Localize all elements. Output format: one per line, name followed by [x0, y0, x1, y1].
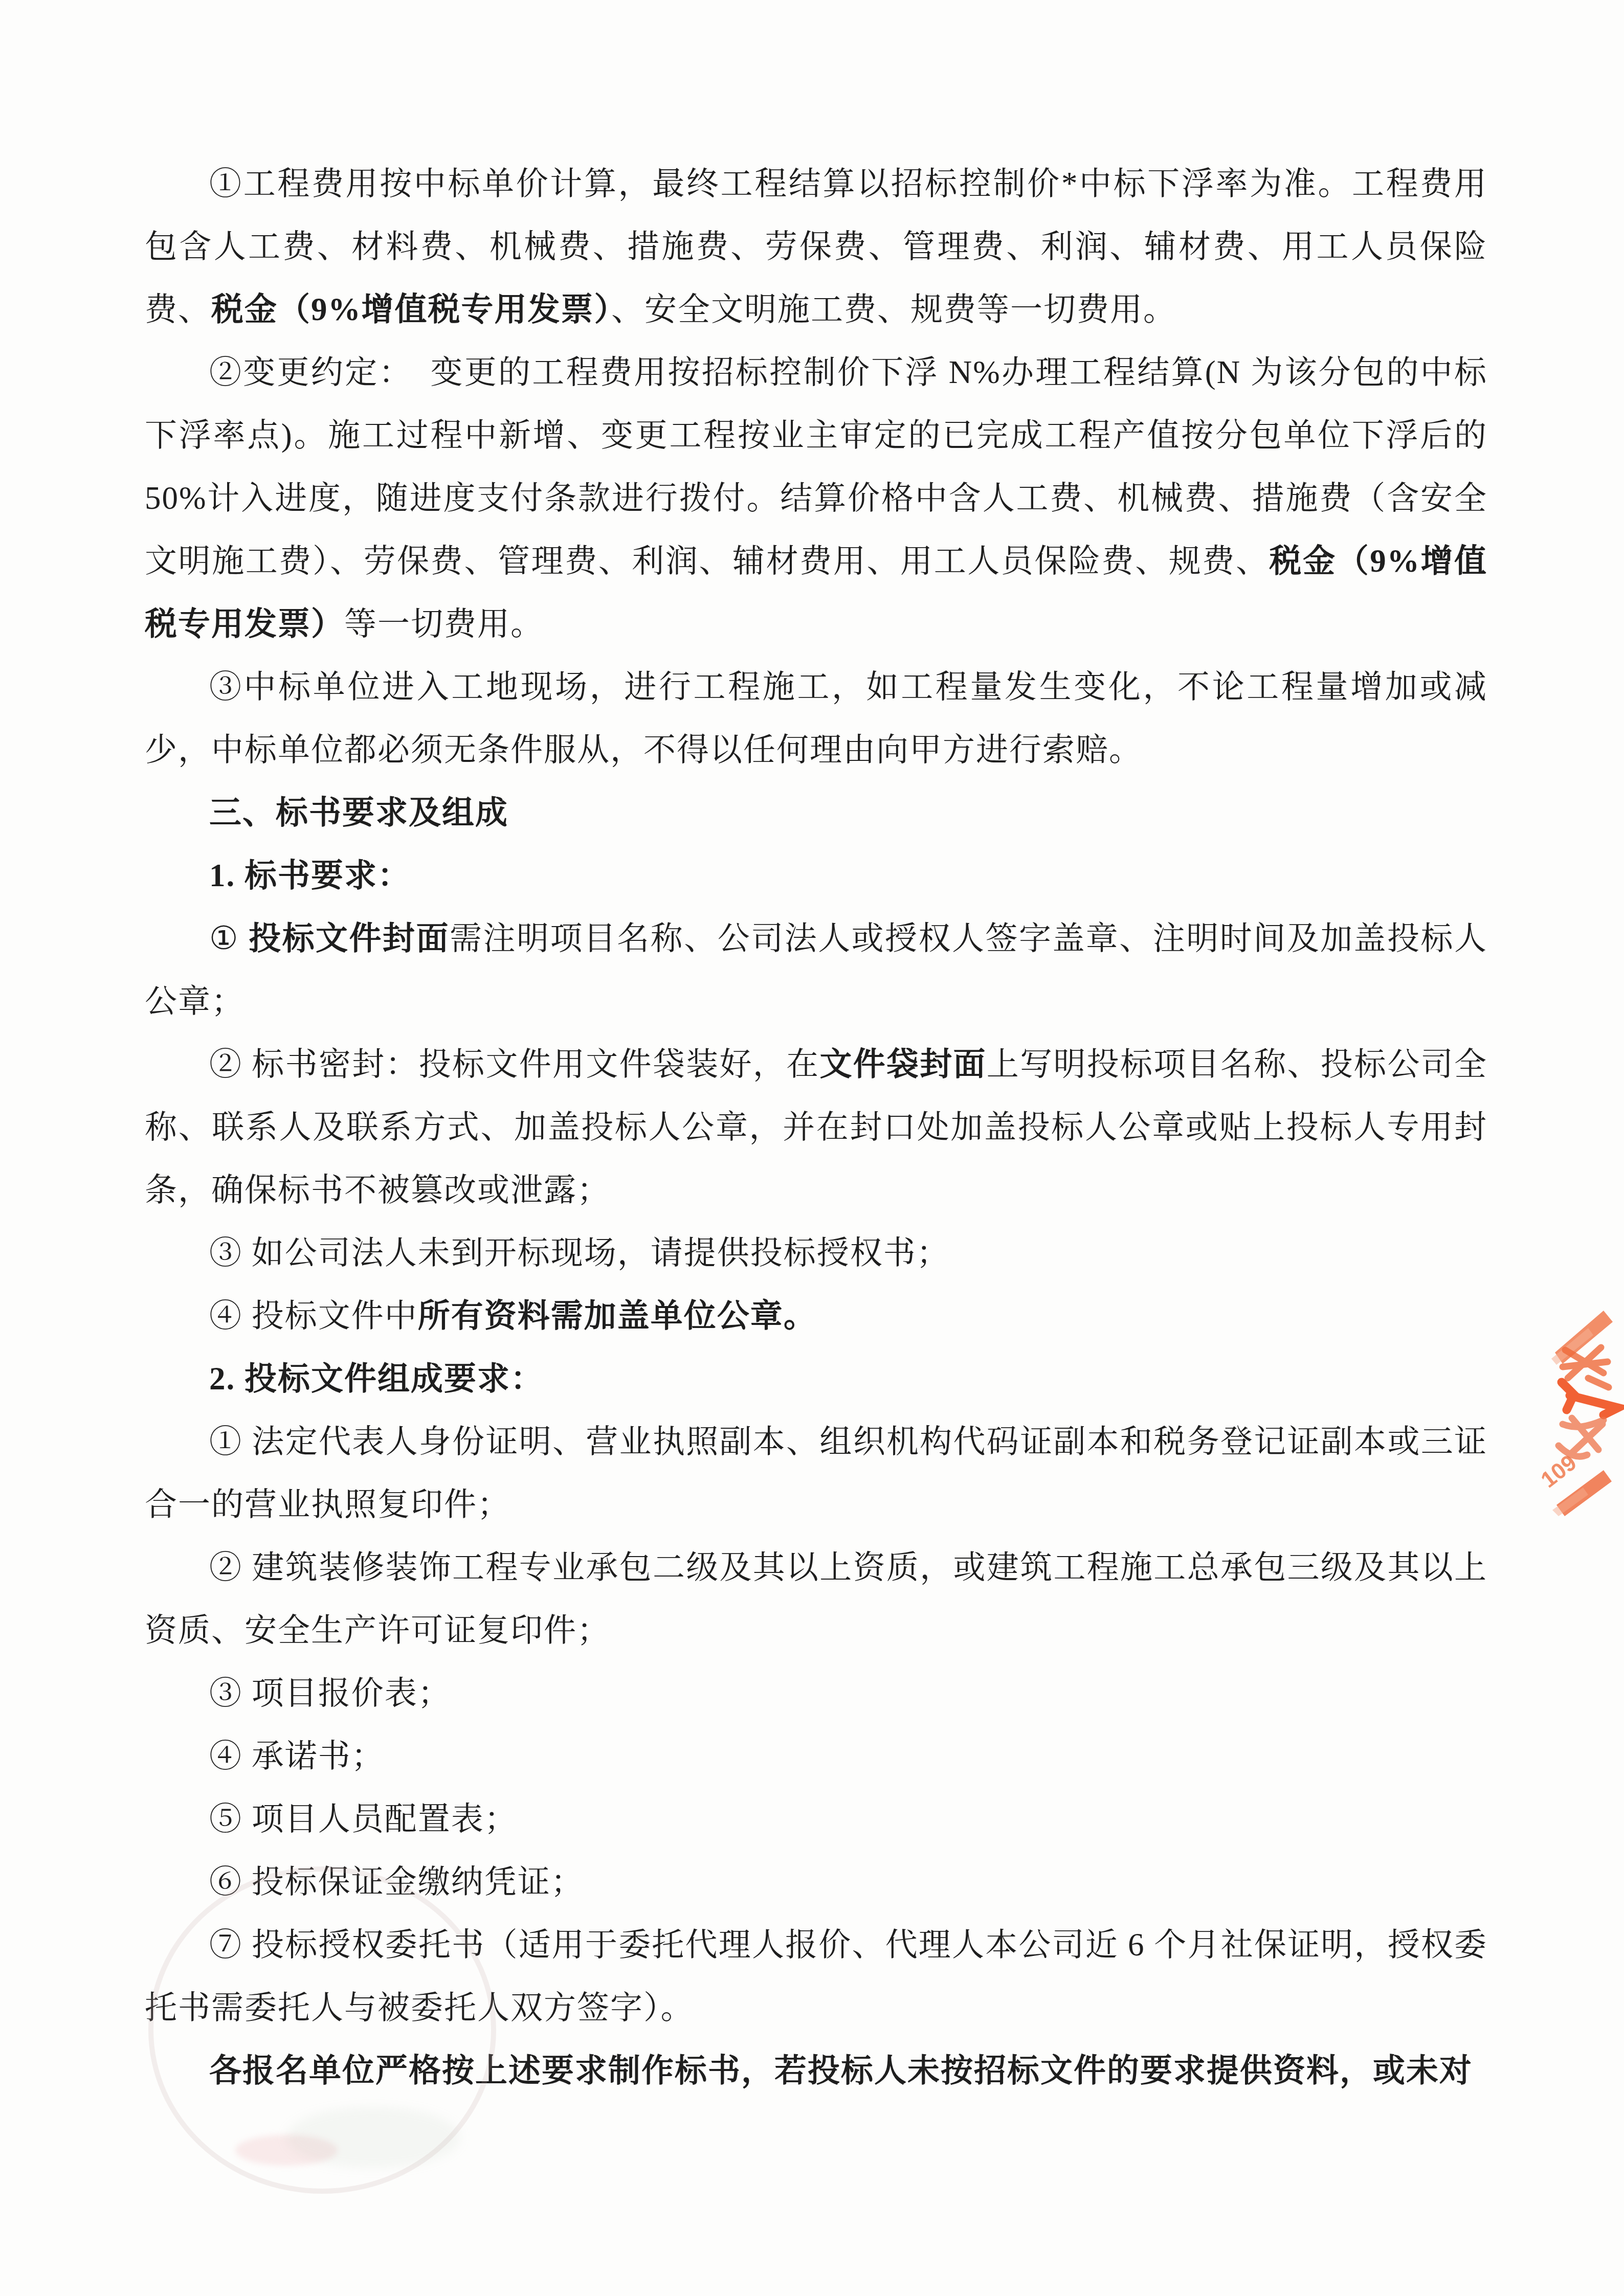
document-body: ①工程费用按中标单价计算，最终工程结算以招标控制价*中标下浮率为准。工程费用包含… — [145, 152, 1487, 2102]
heading-bid-composition: 2. 投标文件组成要求： — [145, 1347, 1487, 1410]
seal-glyph-b — [1562, 1382, 1618, 1415]
text-segment: 、安全文明施工费、规费等一切费用。 — [611, 291, 1176, 327]
para-change-2: ②变更约定： 变更的工程费用按招标控制价下浮 N%办理工程结算(N 为该分包的中… — [145, 341, 1487, 656]
text-segment: ③中标单位进入工地现场，进行工程施工，如工程量发生变化，不论工程量增加或减少，中… — [145, 669, 1487, 768]
bold-text-segment: 各报名单位严格按上述要求制作标书，若投标人未按招标文件的要求提供资料，或未对 — [209, 2053, 1473, 2088]
para-cost-1: ①工程费用按中标单价计算，最终工程结算以招标控制价*中标下浮率为准。工程费用包含… — [145, 152, 1487, 341]
text-segment: ③ 项目报价表； — [209, 1675, 451, 1711]
text-segment: ③ 如公司法人未到开标现场，请提供投标授权书； — [209, 1235, 950, 1271]
item-req-4: ④ 投标文件中所有资料需加盖单位公章。 — [145, 1285, 1487, 1347]
bold-text-segment: 税金（9%增值税专用发票） — [211, 291, 611, 327]
item-comp-6: ⑥ 投标保证金缴纳凭证； — [145, 1851, 1487, 1914]
text-segment: ⑦ 投标授权委托书（适用于委托代理人报价、代理人本公司近 6 个月社保证明，授权… — [145, 1927, 1487, 2025]
heading-section-3: 三、标书要求及组成 — [145, 781, 1487, 844]
item-comp-7: ⑦ 投标授权委托书（适用于委托代理人报价、代理人本公司近 6 个月社保证明，授权… — [145, 1914, 1487, 2039]
para-closing: 各报名单位严格按上述要求制作标书，若投标人未按招标文件的要求提供资料，或未对 — [145, 2039, 1487, 2102]
bold-text-segment: 三、标书要求及组成 — [209, 795, 508, 830]
bold-text-segment: 2. 投标文件组成要求： — [209, 1361, 544, 1397]
text-segment: ② 建筑装修装饰工程专业承包二级及其以上资质，或建筑工程施工总承包三级及其以上资… — [145, 1549, 1487, 1648]
item-comp-3: ③ 项目报价表； — [145, 1662, 1487, 1725]
seal-glyph-a — [1563, 1347, 1609, 1387]
heading-bid-requirements: 1. 标书要求： — [145, 844, 1487, 907]
item-comp-2: ② 建筑装修装饰工程专业承包二级及其以上资质，或建筑工程施工总承包三级及其以上资… — [145, 1536, 1487, 1662]
text-segment: ① 法定代表人身份证明、营业执照副本、组织机构代码证副本和税务登记证副本或三证合… — [145, 1424, 1487, 1522]
text-segment: 等一切费用。 — [344, 606, 544, 642]
text-segment: ② 标书密封：投标文件用文件袋装好，在 — [209, 1046, 819, 1082]
text-segment: ⑤ 项目人员配置表； — [209, 1801, 518, 1837]
para-site-3: ③中标单位进入工地现场，进行工程施工，如工程量发生变化，不论工程量增加或减少，中… — [145, 656, 1487, 781]
text-segment: ④ 承诺书； — [209, 1738, 385, 1774]
document-page: ①工程费用按中标单价计算，最终工程结算以招标控制价*中标下浮率为准。工程费用包含… — [0, 0, 1624, 2296]
seal-arc-bottom-shadow — [1552, 1488, 1588, 1516]
bold-text-segment: 所有资料需加盖单位公章。 — [418, 1298, 817, 1334]
text-segment: ① — [209, 920, 249, 956]
text-segment: ④ 投标文件中 — [209, 1298, 418, 1334]
seal-arc-bottom — [1556, 1470, 1612, 1516]
seal-digits: 109 — [1537, 1450, 1582, 1493]
red-seal-fragment: 109 — [1527, 1301, 1624, 1521]
item-comp-4: ④ 承诺书； — [145, 1725, 1487, 1788]
seal-arc-top-shadow — [1551, 1328, 1593, 1365]
seal-glyph-c — [1559, 1418, 1604, 1456]
bold-text-segment: 文件袋封面 — [819, 1046, 986, 1082]
item-req-2: ② 标书密封：投标文件用文件袋装好，在文件袋封面上写明投标项目名称、投标公司全称… — [145, 1033, 1487, 1222]
item-comp-5: ⑤ 项目人员配置表； — [145, 1788, 1487, 1851]
item-comp-1: ① 法定代表人身份证明、营业执照副本、组织机构代码证副本和税务登记证副本或三证合… — [145, 1410, 1487, 1536]
faint-stamp-smudge-2 — [286, 2107, 460, 2168]
text-segment: ⑥ 投标保证金缴纳凭证； — [209, 1864, 584, 1900]
item-req-1: ① 投标文件封面需注明项目名称、公司法人或授权人签字盖章、注明时间及加盖投标人公… — [145, 907, 1487, 1033]
bold-text-segment: 投标文件封面 — [249, 920, 450, 956]
faint-stamp-smudge — [235, 2135, 338, 2166]
bold-text-segment: 1. 标书要求： — [209, 858, 411, 893]
item-req-3: ③ 如公司法人未到开标现场，请提供投标授权书； — [145, 1222, 1487, 1285]
seal-arc-top — [1555, 1311, 1613, 1364]
